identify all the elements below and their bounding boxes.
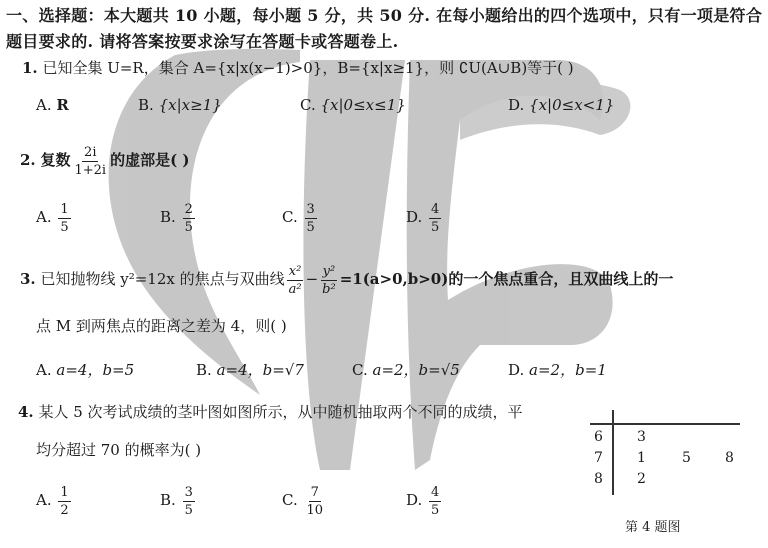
option-fraction: 35: [305, 202, 317, 235]
leaf-7-3: 8: [725, 450, 734, 466]
question-4-option-d[interactable]: D. 45: [406, 483, 443, 518]
question-3-stem-part1: 已知抛物线 y²=12x 的焦点与双曲线: [40, 270, 284, 288]
stem-6: 6: [594, 429, 603, 445]
figure-caption: 第 4 题图: [625, 516, 681, 535]
question-3-fraction-y: y²b²: [320, 264, 338, 297]
option-text: R: [56, 96, 68, 114]
option-text: {x|x≥1}: [159, 96, 222, 114]
question-1-option-b[interactable]: B. {x|x≥1}: [138, 95, 222, 115]
question-3-line-2: 点 M 到两焦点的距离之差为 4，则( ): [36, 316, 287, 336]
option-label: A.: [36, 208, 52, 226]
question-4-line-2: 均分超过 70 的概率为( ): [36, 440, 201, 460]
question-1-stem: 已知全集 U=R，集合 A={x|x(x−1)>0}，B={x|x≥1}，则 ∁…: [42, 59, 573, 77]
question-3-number: 3.: [20, 270, 36, 288]
option-label: D.: [406, 491, 422, 509]
option-label: D.: [406, 208, 422, 226]
question-1-option-d[interactable]: D. {x|0≤x<1}: [508, 95, 614, 115]
section-header-line-1: 一、选择题：本大题共 10 小题，每小题 5 分，共 50 分. 在每小题给出的…: [6, 6, 762, 26]
option-label: C.: [282, 491, 298, 509]
question-4-stem-line1: 某人 5 次考试成绩的茎叶图如图所示，从中随机抽取两个不同的成绩，平: [38, 403, 522, 421]
plot-vertical-rule: [612, 410, 614, 495]
option-label: D.: [508, 361, 524, 379]
question-1-option-c[interactable]: C. {x|0≤x≤1}: [300, 95, 406, 115]
option-label: D.: [508, 96, 524, 114]
option-label: A.: [36, 491, 52, 509]
option-text: {x|0≤x<1}: [529, 96, 614, 114]
question-3-stem-part2: =1(a>0,b>0)的一个焦点重合，且双曲线上的一: [340, 270, 674, 288]
option-label: B.: [196, 361, 212, 379]
question-4-option-c[interactable]: C. 710: [282, 483, 327, 518]
option-text: a=4，b=√7: [217, 361, 304, 379]
option-label: B.: [138, 96, 154, 114]
question-2: 2. 复数2i1+2i的虚部是( ): [20, 143, 189, 178]
question-4-option-a[interactable]: A. 12: [36, 483, 73, 518]
option-fraction: 710: [305, 485, 326, 518]
question-3-option-b[interactable]: B. a=4，b=√7: [196, 360, 304, 380]
stem-leaf-plot: 6 3 7 1 5 8 8 2: [590, 405, 740, 495]
question-2-option-d[interactable]: D. 45: [406, 200, 443, 235]
question-2-option-b[interactable]: B. 25: [160, 200, 197, 235]
question-1: 1. 已知全集 U=R，集合 A={x|x(x−1)>0}，B={x|x≥1}，…: [22, 58, 574, 78]
question-1-option-a[interactable]: A. R: [36, 95, 69, 115]
question-1-number: 1.: [22, 59, 38, 77]
question-2-number: 2.: [20, 151, 36, 169]
option-text: a=4，b=5: [56, 361, 134, 379]
question-2-option-c[interactable]: C. 35: [282, 200, 319, 235]
option-fraction: 45: [429, 202, 441, 235]
option-fraction: 35: [183, 485, 195, 518]
option-label: B.: [160, 208, 176, 226]
option-label: C.: [300, 96, 316, 114]
option-fraction: 45: [429, 485, 441, 518]
question-3: 3. 已知抛物线 y²=12x 的焦点与双曲线x²a²−y²b²=1(a>0,b…: [20, 262, 673, 297]
question-2-stem-suffix: 的虚部是( ): [110, 151, 189, 169]
leaf-7-1: 1: [637, 450, 646, 466]
question-2-option-a[interactable]: A. 15: [36, 200, 73, 235]
question-2-fraction: 2i1+2i: [72, 145, 108, 178]
question-3-option-c[interactable]: C. a=2，b=√5: [352, 360, 460, 380]
question-3-fraction-x: x²a²: [287, 264, 304, 297]
option-text: a=2，b=√5: [373, 361, 460, 379]
question-4: 4. 某人 5 次考试成绩的茎叶图如图所示，从中随机抽取两个不同的成绩，平: [18, 402, 523, 422]
option-label: A.: [36, 361, 52, 379]
question-4-option-b[interactable]: B. 35: [160, 483, 197, 518]
minus-sign: −: [306, 270, 319, 288]
exam-page: 一、选择题：本大题共 10 小题，每小题 5 分，共 50 分. 在每小题给出的…: [0, 0, 768, 548]
stem-7: 7: [594, 450, 603, 466]
option-label: C.: [352, 361, 368, 379]
option-fraction: 12: [58, 485, 70, 518]
option-label: B.: [160, 491, 176, 509]
question-4-number: 4.: [18, 403, 34, 421]
option-fraction: 25: [183, 202, 195, 235]
option-fraction: 15: [58, 202, 70, 235]
section-header-line-2: 题目要求的. 请将答案按要求涂写在答题卡或答题卷上.: [6, 32, 399, 52]
option-text: a=2，b=1: [529, 361, 607, 379]
question-3-option-a[interactable]: A. a=4，b=5: [36, 360, 134, 380]
leaf-8-1: 2: [637, 471, 646, 487]
option-label: A.: [36, 96, 52, 114]
leaf-6-1: 3: [637, 429, 646, 445]
question-2-stem-prefix: 复数: [40, 151, 70, 169]
option-text: {x|0≤x≤1}: [321, 96, 406, 114]
leaf-7-2: 5: [682, 450, 691, 466]
option-label: C.: [282, 208, 298, 226]
stem-8: 8: [594, 471, 603, 487]
question-3-option-d[interactable]: D. a=2，b=1: [508, 360, 607, 380]
